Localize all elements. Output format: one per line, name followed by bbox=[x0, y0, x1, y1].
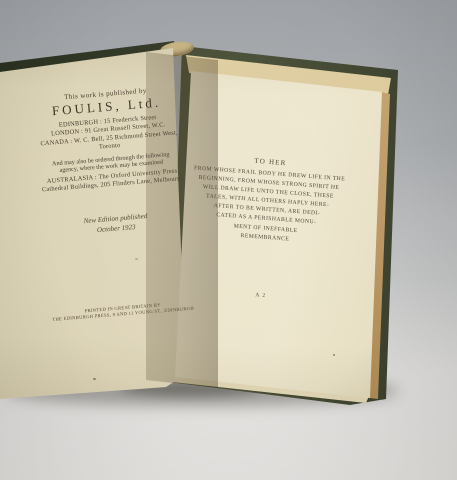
photo-vignette bbox=[0, 0, 457, 480]
book-photograph: This work is published by FOULIS, Ltd. E… bbox=[0, 0, 457, 480]
